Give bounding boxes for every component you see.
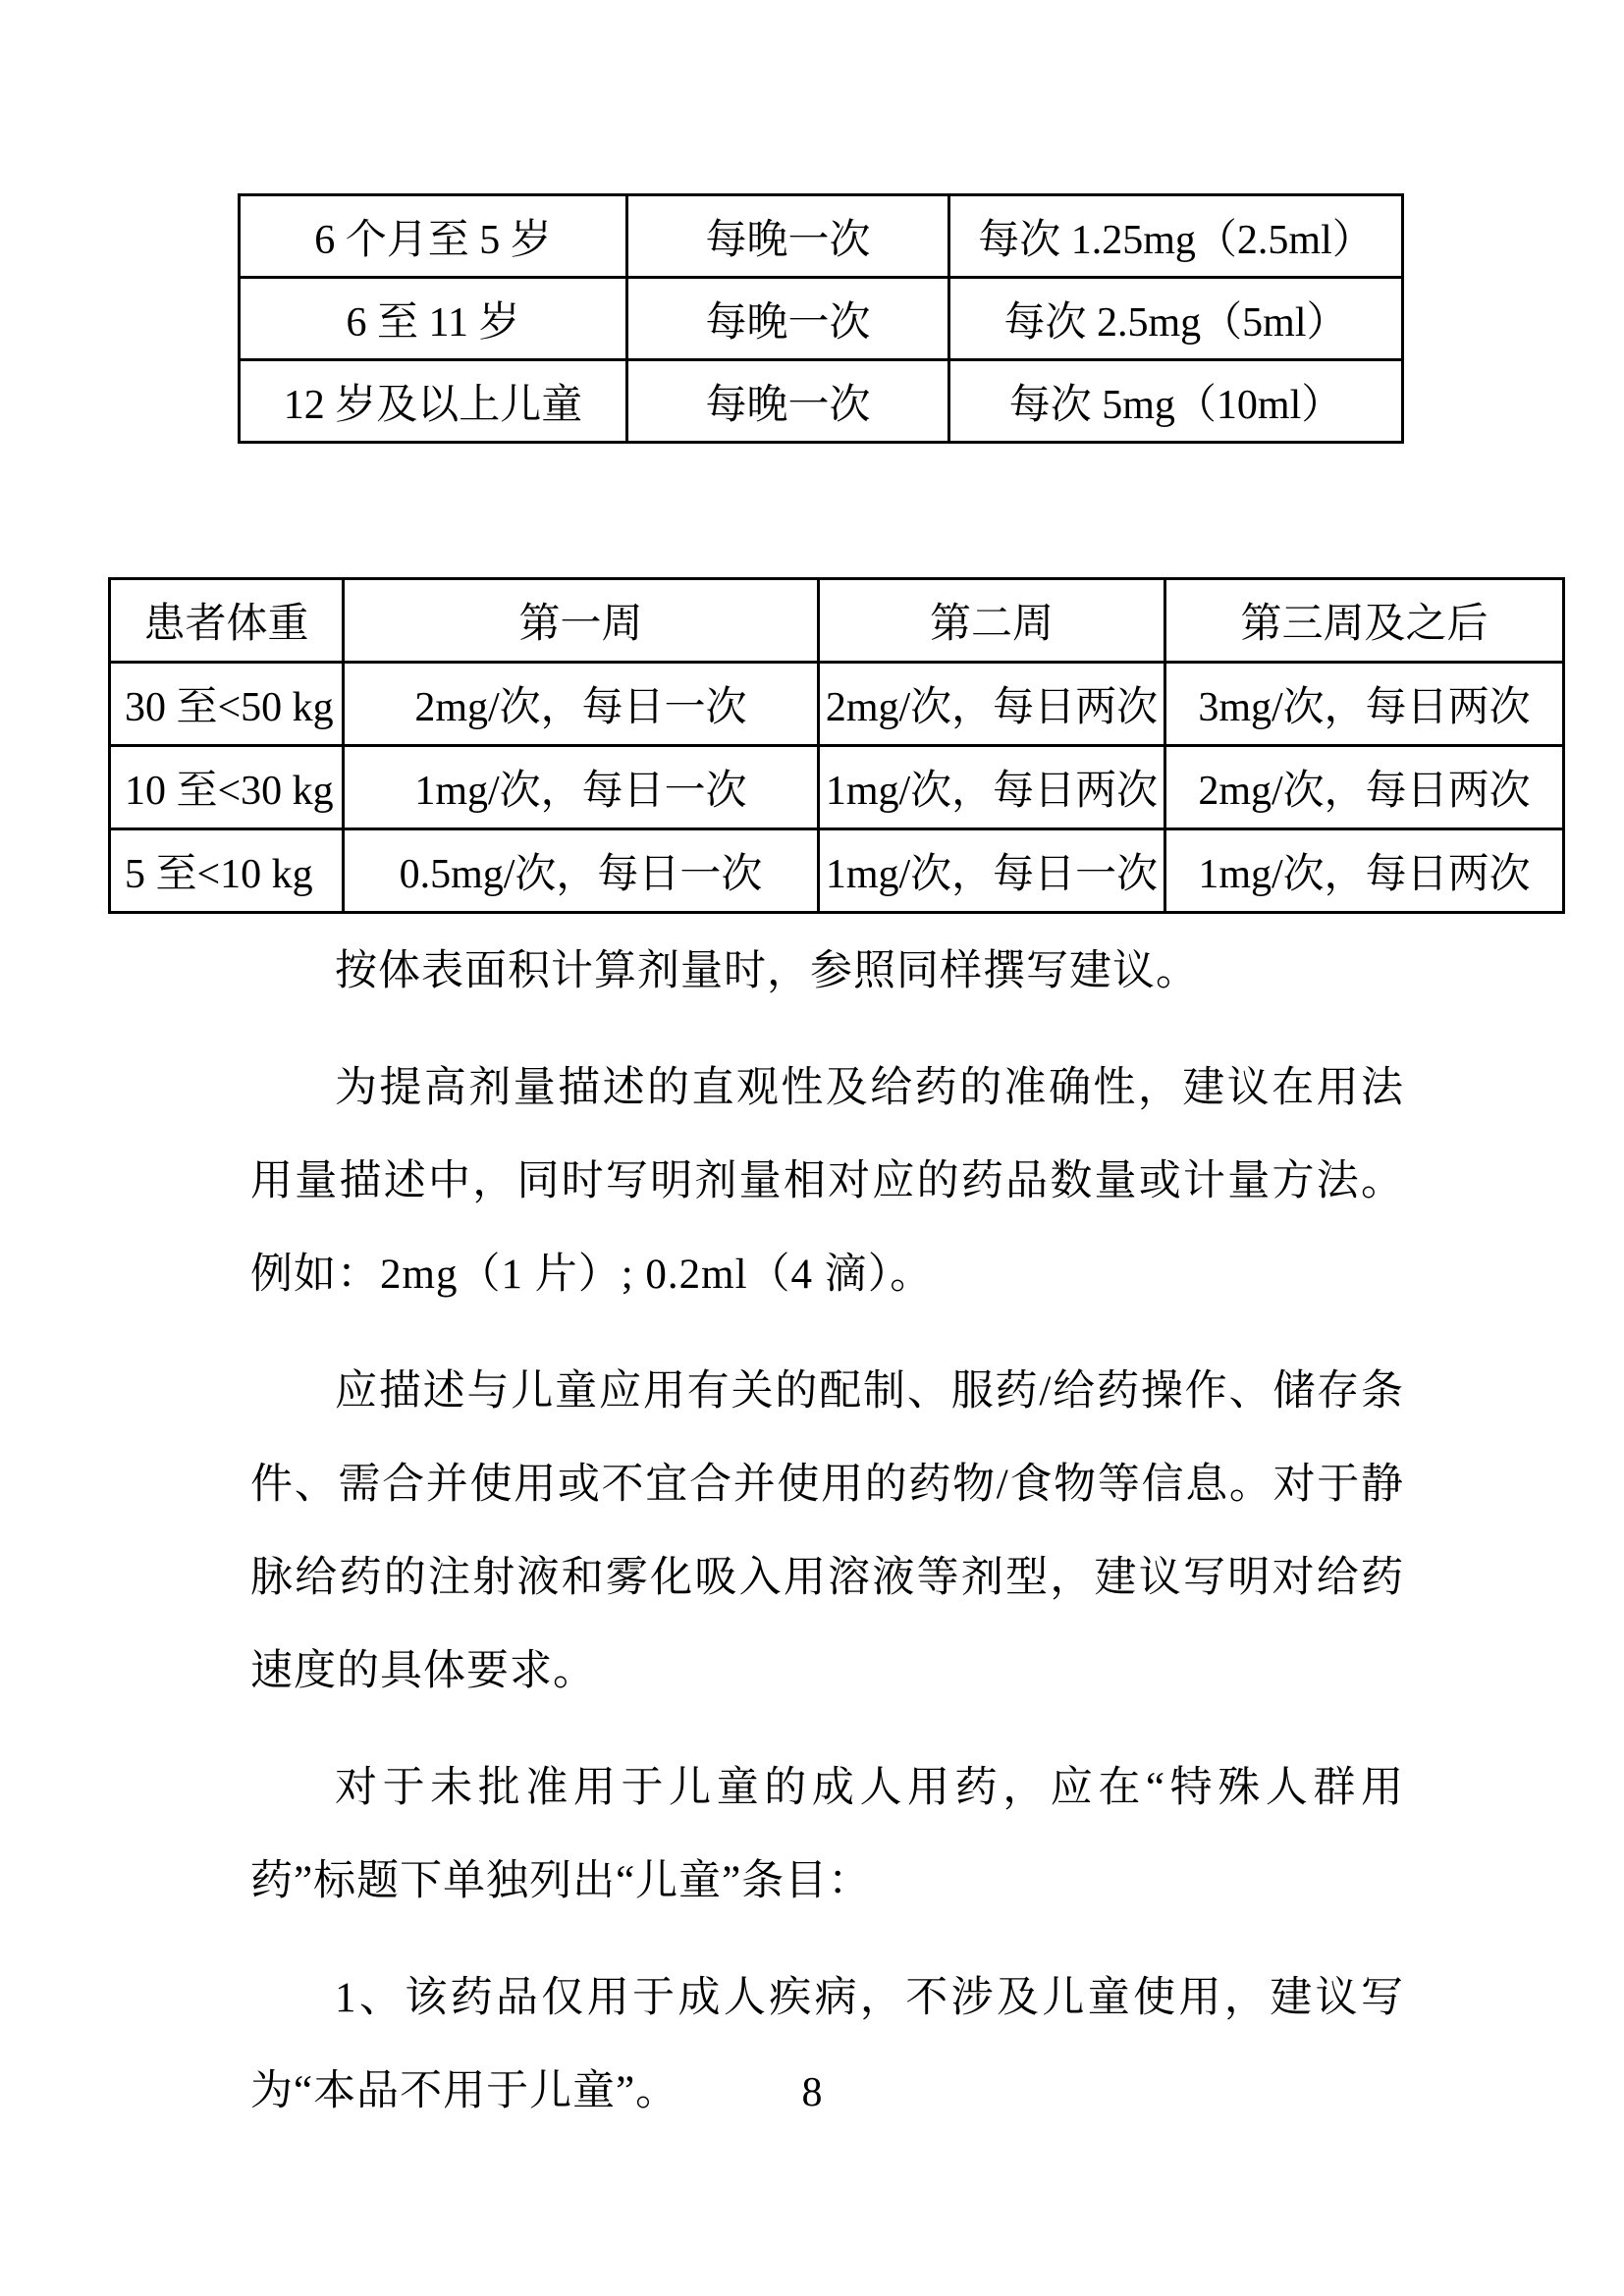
week2-dose-cell: 1mg/次，每日两次 [819, 746, 1165, 829]
table-row: 6 个月至 5 岁 每晚一次 每次 1.25mg（2.5ml） [240, 195, 1403, 278]
dose-cell: 每次 2.5mg（5ml） [949, 278, 1403, 360]
weight-range-cell: 30 至<50 kg [110, 663, 344, 746]
week3-dose-cell: 1mg/次，每日两次 [1165, 829, 1564, 913]
week2-header-cell: 第二周 [819, 579, 1165, 663]
week3-dose-cell: 3mg/次，每日两次 [1165, 663, 1564, 746]
age-range-cell: 12 岁及以上儿童 [240, 360, 627, 443]
table-row: 12 岁及以上儿童 每晚一次 每次 5mg（10ml） [240, 360, 1403, 443]
table-row: 5 至<10 kg 0.5mg/次，每日一次 1mg/次，每日一次 1mg/次，… [110, 829, 1564, 913]
table-header-row: 患者体重 第一周 第二周 第三周及之后 [110, 579, 1564, 663]
weight-header-cell: 患者体重 [110, 579, 344, 663]
weight-range-cell: 10 至<30 kg [110, 746, 344, 829]
week3-header-cell: 第三周及之后 [1165, 579, 1564, 663]
dosage-by-age-table: 6 个月至 5 岁 每晚一次 每次 1.25mg（2.5ml） 6 至 11 岁… [238, 193, 1404, 444]
week1-dose-cell: 2mg/次，每日一次 [344, 663, 819, 746]
week3-dose-cell: 2mg/次，每日两次 [1165, 746, 1564, 829]
dose-cell: 每次 1.25mg（2.5ml） [949, 195, 1403, 278]
paragraph: 按体表面积计算剂量时，参照同样撰写建议。 [250, 925, 1404, 1018]
table-row: 30 至<50 kg 2mg/次，每日一次 2mg/次，每日两次 3mg/次，每… [110, 663, 1564, 746]
dose-cell: 每次 5mg（10ml） [949, 360, 1403, 443]
frequency-cell: 每晚一次 [627, 278, 949, 360]
age-range-cell: 6 个月至 5 岁 [240, 195, 627, 278]
paragraph: 对于未批准用于儿童的成人用药，应在“特殊人群用药”标题下单独列出“儿童”条目： [250, 1741, 1404, 1928]
body-text: 按体表面积计算剂量时，参照同样撰写建议。 为提高剂量描述的直观性及给药的准确性，… [250, 925, 1404, 2162]
document-page: 6 个月至 5 岁 每晚一次 每次 1.25mg（2.5ml） 6 至 11 岁… [0, 0, 1624, 2296]
weight-range-cell: 5 至<10 kg [110, 829, 344, 913]
page-number: 8 [0, 2069, 1624, 2116]
table-row: 6 至 11 岁 每晚一次 每次 2.5mg（5ml） [240, 278, 1403, 360]
week1-header-cell: 第一周 [344, 579, 819, 663]
week2-dose-cell: 2mg/次，每日两次 [819, 663, 1165, 746]
week1-dose-cell: 1mg/次，每日一次 [344, 746, 819, 829]
dosage-by-weight-table: 患者体重 第一周 第二周 第三周及之后 30 至<50 kg 2mg/次，每日一… [108, 577, 1565, 914]
paragraph: 应描述与儿童应用有关的配制、服药/给药操作、储存条件、需合并使用或不宜合并使用的… [250, 1345, 1404, 1718]
age-range-cell: 6 至 11 岁 [240, 278, 627, 360]
week2-dose-cell: 1mg/次，每日一次 [819, 829, 1165, 913]
table-row: 10 至<30 kg 1mg/次，每日一次 1mg/次，每日两次 2mg/次，每… [110, 746, 1564, 829]
frequency-cell: 每晚一次 [627, 195, 949, 278]
week1-dose-cell: 0.5mg/次，每日一次 [344, 829, 819, 913]
frequency-cell: 每晚一次 [627, 360, 949, 443]
paragraph: 为提高剂量描述的直观性及给药的准确性，建议在用法用量描述中，同时写明剂量相对应的… [250, 1041, 1404, 1321]
